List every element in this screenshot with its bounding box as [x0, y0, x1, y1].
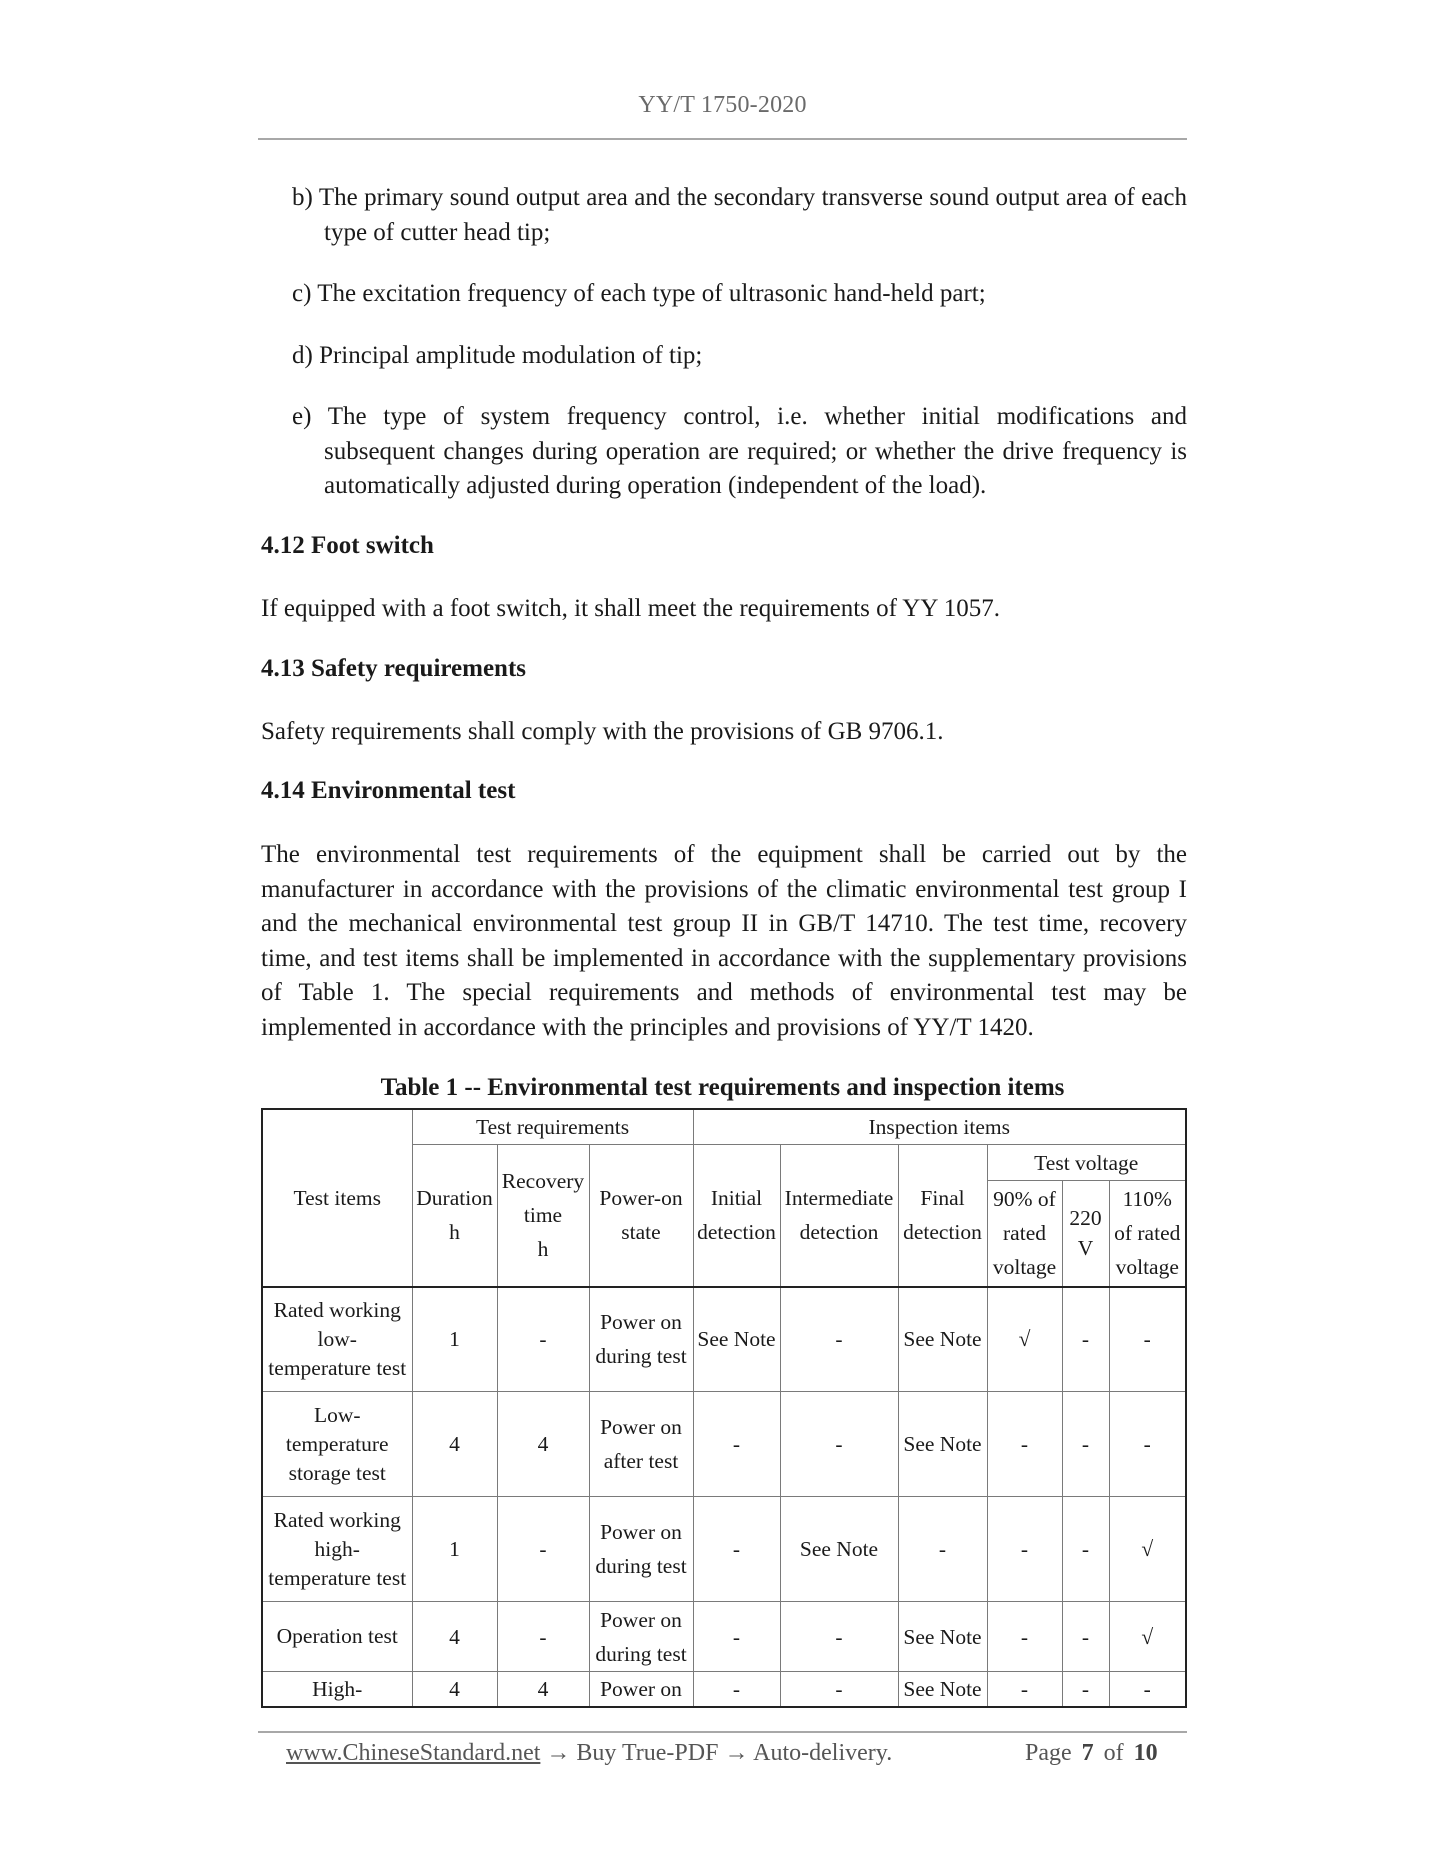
cell-initial-detection: -	[693, 1672, 780, 1708]
list-text: The primary sound output area and the se…	[319, 184, 1187, 246]
header-duration: Durationh	[412, 1145, 497, 1287]
header-test-voltage: Test voltage	[987, 1145, 1186, 1181]
total-pages: 10	[1134, 1740, 1158, 1766]
list-item-b: b) The primary sound output area and the…	[292, 181, 1187, 250]
cell-test-item: Operation test	[262, 1602, 412, 1672]
header-test-requirements: Test requirements	[412, 1109, 693, 1145]
header-220v: 220V	[1062, 1181, 1109, 1287]
cell-power-on-state: Power onduring test	[589, 1497, 693, 1602]
cell-final-detection: See Note	[898, 1672, 987, 1708]
of-label: of	[1104, 1740, 1124, 1766]
list-text: The excitation frequency of each type of…	[317, 280, 985, 307]
cell-voltage-220: -	[1062, 1602, 1109, 1672]
list-item-d: d) Principal amplitude modulation of tip…	[292, 339, 1187, 374]
current-page: 7	[1082, 1740, 1094, 1766]
header-110-percent-voltage: 110%of ratedvoltage	[1109, 1181, 1186, 1287]
arrow-right-icon: →	[546, 1740, 570, 1766]
cell-voltage-110: -	[1109, 1392, 1186, 1497]
cell-final-detection: See Note	[898, 1392, 987, 1497]
cell-voltage-220: -	[1062, 1497, 1109, 1602]
list-label: b)	[292, 184, 313, 211]
table-row: Rated workinglow-temperature test1-Power…	[262, 1287, 1186, 1392]
cell-power-on-state: Power onduring test	[589, 1287, 693, 1392]
page-indicator: Page 7 of 10	[1025, 1740, 1158, 1767]
footer-promo: www.ChineseStandard.net → Buy True-PDF →…	[286, 1740, 892, 1767]
header-inspection-items: Inspection items	[693, 1109, 1186, 1145]
auto-delivery-text: Auto-delivery.	[753, 1740, 892, 1766]
section-heading-safety: 4.13 Safety requirements	[261, 655, 526, 683]
cell-voltage-90: √	[987, 1287, 1062, 1392]
cell-voltage-110: -	[1109, 1672, 1186, 1708]
table-title: Table 1 -- Environmental test requiremen…	[0, 1074, 1445, 1102]
cell-power-on-state: Power onafter test	[589, 1392, 693, 1497]
cell-voltage-220: -	[1062, 1672, 1109, 1708]
header-recovery-time: Recoverytimeh	[497, 1145, 589, 1287]
table-row: Rated workinghigh-temperature test1-Powe…	[262, 1497, 1186, 1602]
cell-recovery-time: 4	[497, 1672, 589, 1708]
website-link[interactable]: www.ChineseStandard.net	[286, 1740, 540, 1766]
cell-voltage-90: -	[987, 1497, 1062, 1602]
cell-voltage-110: √	[1109, 1602, 1186, 1672]
table-row: Operation test4-Power onduring test--See…	[262, 1602, 1186, 1672]
cell-recovery-time: -	[497, 1497, 589, 1602]
cell-initial-detection: -	[693, 1497, 780, 1602]
table-row: Low-temperaturestorage test44Power onaft…	[262, 1392, 1186, 1497]
cell-recovery-time: -	[497, 1287, 589, 1392]
cell-final-detection: See Note	[898, 1287, 987, 1392]
cell-voltage-90: -	[987, 1672, 1062, 1708]
list-item-c: c) The excitation frequency of each type…	[292, 277, 1187, 312]
list-label: c)	[292, 280, 311, 307]
list-text: The type of system frequency control, i.…	[324, 403, 1187, 499]
cell-initial-detection: -	[693, 1602, 780, 1672]
table-row: High-44Power on--See Note---	[262, 1672, 1186, 1708]
header-final-detection: Finaldetection	[898, 1145, 987, 1287]
section-heading-foot-switch: 4.12 Foot switch	[261, 532, 434, 560]
cell-final-detection: See Note	[898, 1602, 987, 1672]
cell-recovery-time: 4	[497, 1392, 589, 1497]
cell-duration: 4	[412, 1602, 497, 1672]
buy-pdf-text: Buy True-PDF	[576, 1740, 718, 1766]
cell-initial-detection: See Note	[693, 1287, 780, 1392]
list-item-e: e) The type of system frequency control,…	[292, 400, 1187, 504]
header-test-items: Test items	[262, 1109, 412, 1287]
list-text: Principal amplitude modulation of tip;	[319, 342, 702, 369]
cell-voltage-90: -	[987, 1602, 1062, 1672]
cell-duration: 4	[412, 1672, 497, 1708]
cell-recovery-time: -	[497, 1602, 589, 1672]
header-initial-detection: Initialdetection	[693, 1145, 780, 1287]
section-body-safety: Safety requirements shall comply with th…	[261, 715, 1187, 750]
arrow-right-icon: →	[724, 1740, 748, 1766]
cell-test-item: High-	[262, 1672, 412, 1708]
cell-voltage-220: -	[1062, 1392, 1109, 1497]
environmental-test-table: Test items Test requirements Inspection …	[261, 1108, 1187, 1708]
section-body-foot-switch: If equipped with a foot switch, it shall…	[261, 592, 1187, 627]
cell-intermediate-detection: -	[780, 1672, 898, 1708]
cell-intermediate-detection: -	[780, 1287, 898, 1392]
cell-power-on-state: Power onduring test	[589, 1602, 693, 1672]
cell-final-detection: -	[898, 1497, 987, 1602]
document-id-header: YY/T 1750-2020	[0, 92, 1445, 119]
cell-test-item: Rated workinghigh-temperature test	[262, 1497, 412, 1602]
cell-duration: 1	[412, 1497, 497, 1602]
cell-test-item: Rated workinglow-temperature test	[262, 1287, 412, 1392]
cell-duration: 1	[412, 1287, 497, 1392]
cell-intermediate-detection: -	[780, 1602, 898, 1672]
cell-voltage-110: √	[1109, 1497, 1186, 1602]
page-label: Page	[1025, 1740, 1072, 1766]
cell-initial-detection: -	[693, 1392, 780, 1497]
list-label: d)	[292, 342, 313, 369]
cell-duration: 4	[412, 1392, 497, 1497]
cell-voltage-110: -	[1109, 1287, 1186, 1392]
cell-power-on-state: Power on	[589, 1672, 693, 1708]
section-heading-environmental: 4.14 Environmental test	[261, 777, 515, 805]
cell-test-item: Low-temperaturestorage test	[262, 1392, 412, 1497]
cell-voltage-220: -	[1062, 1287, 1109, 1392]
section-body-environmental: The environmental test requirements of t…	[261, 838, 1187, 1046]
header-power-on-state: Power-onstate	[589, 1145, 693, 1287]
header-90-percent-voltage: 90% ofratedvoltage	[987, 1181, 1062, 1287]
cell-voltage-90: -	[987, 1392, 1062, 1497]
list-label: e)	[292, 403, 311, 430]
header-intermediate-detection: Intermediatedetection	[780, 1145, 898, 1287]
header-rule	[258, 138, 1187, 140]
cell-intermediate-detection: -	[780, 1392, 898, 1497]
cell-intermediate-detection: See Note	[780, 1497, 898, 1602]
footer-rule	[258, 1731, 1187, 1733]
